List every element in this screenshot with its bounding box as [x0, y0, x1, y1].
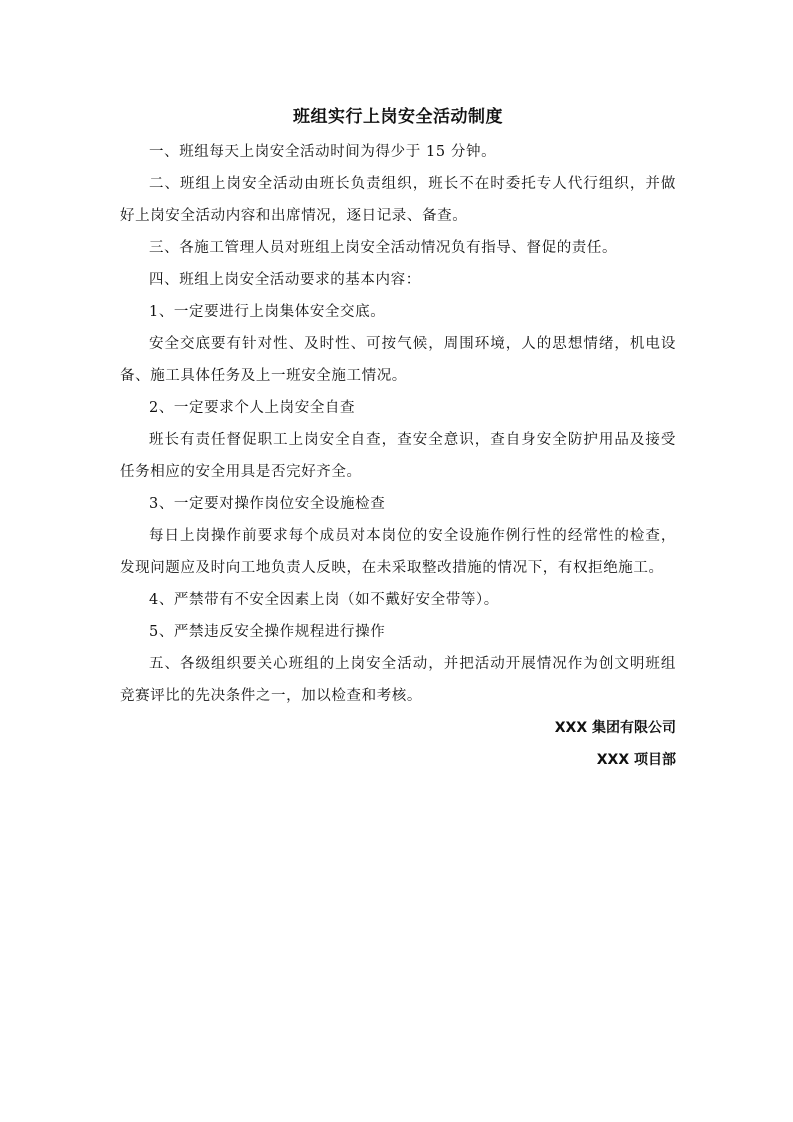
item-4: 4、严禁带有不安全因素上岗（如不戴好安全带等）。 [120, 584, 676, 616]
item-1-heading: 1、一定要进行上岗集体安全交底。 [120, 296, 676, 328]
paragraph-5: 五、各级组织要关心班组的上岗安全活动，并把活动开展情况作为创文明班组竞赛评比的先… [120, 648, 676, 712]
item-1-body: 安全交底要有针对性、及时性、可按气候，周围环境，人的思想情绪，机电设备、施工具体… [120, 328, 676, 392]
signature-company: XXX 集团有限公司 [120, 712, 676, 744]
paragraph-4: 四、班组上岗安全活动要求的基本内容： [120, 264, 676, 296]
paragraph-1: 一、班组每天上岗安全活动时间为得少于 15 分钟。 [120, 136, 676, 168]
item-2-body: 班长有责任督促职工上岗安全自查，查安全意识，查自身安全防护用品及接受任务相应的安… [120, 424, 676, 488]
item-5: 5、严禁违反安全操作规程进行操作 [120, 616, 676, 648]
document-page: 班组实行上岗安全活动制度 一、班组每天上岗安全活动时间为得少于 15 分钟。 二… [120, 104, 676, 776]
signature-department: XXX 项目部 [120, 744, 676, 776]
paragraph-3: 三、各施工管理人员对班组上岗安全活动情况负有指导、督促的责任。 [120, 232, 676, 264]
item-2-heading: 2、一定要求个人上岗安全自查 [120, 392, 676, 424]
item-3-heading: 3、一定要对操作岗位安全设施检查 [120, 488, 676, 520]
item-3-body: 每日上岗操作前要求每个成员对本岗位的安全设施作例行性的经常性的检查，发现问题应及… [120, 520, 676, 584]
paragraph-2: 二、班组上岗安全活动由班长负责组织，班长不在时委托专人代行组织，并做好上岗安全活… [120, 168, 676, 232]
document-title: 班组实行上岗安全活动制度 [120, 104, 676, 130]
